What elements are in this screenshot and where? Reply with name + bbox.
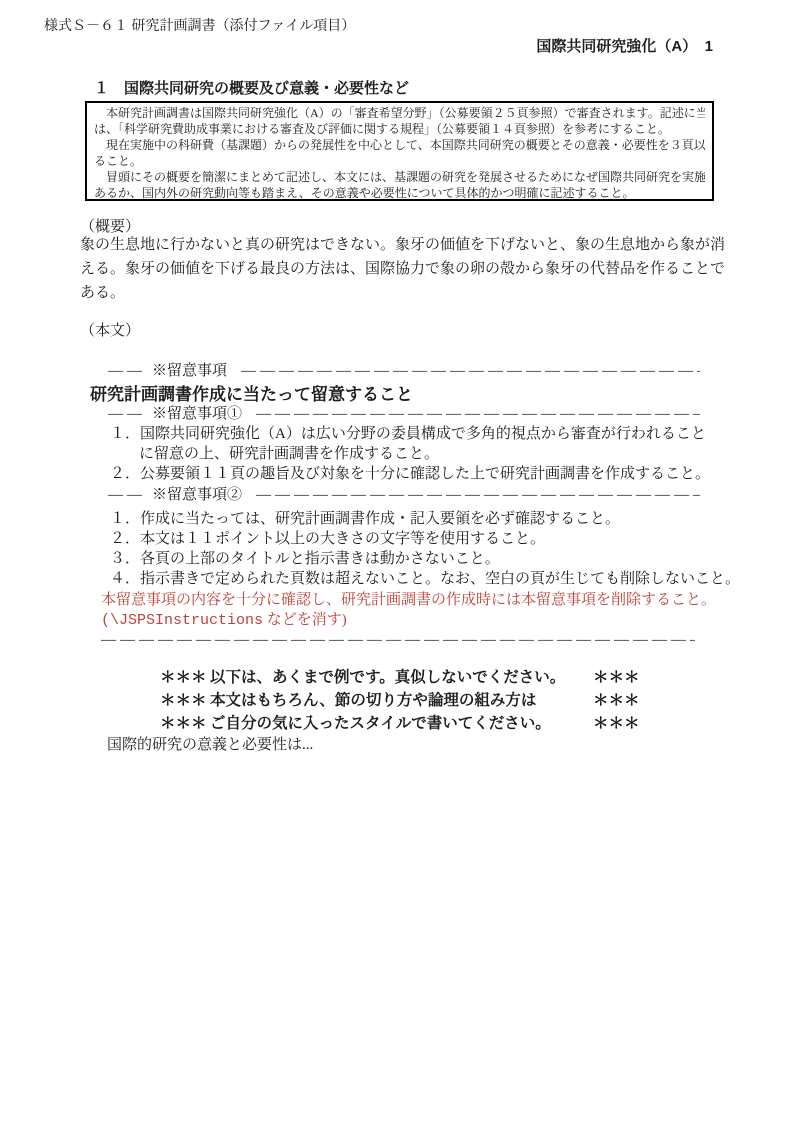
asterisk-marker: ＊＊＊	[160, 666, 210, 689]
asterisk-marker: ＊＊＊	[593, 712, 640, 735]
note1-divider-label: ※留意事項①	[152, 404, 242, 424]
divider-dashes: ――――――――――――――――――――――――――――――――――――――――…	[241, 361, 700, 381]
divider-dashes: ――	[108, 485, 152, 505]
delete-warning-command: (\JSPSInstructions などを消す)	[101, 610, 347, 631]
instruction-line: ること。	[94, 153, 705, 169]
divider-dashes: ――	[108, 404, 152, 424]
overview-paragraph: 象の生息地に行かないと真の研究はできない。象牙の価値を下げないと、象の生息地から…	[80, 233, 725, 305]
example-note-text: 以下は、あくまで例です。真似しないでください。	[210, 666, 593, 689]
example-note-text: 本文はもちろん、節の切り方や論理の組み方は	[210, 689, 593, 712]
latex-command-suffix: などを消す)	[263, 612, 347, 628]
latex-command-text: (\JSPSInstructions	[101, 612, 263, 629]
body-label: （本文）	[80, 319, 140, 340]
note1-item-1: １．国際共同研究強化（A）は広い分野の委員構成で多角的視点から審査が行われること	[110, 424, 706, 444]
instruction-line: 本研究計画調書は国際共同研究強化（A）の「審査希望分野」（公募要領２５頁参照）で…	[94, 105, 705, 121]
delete-warning-text: 本留意事項の内容を十分に確認し、研究計画調書の作成時には本留意事項を削除すること…	[101, 590, 716, 610]
note1-divider: ―― ※留意事項① ――――――――――――――――――――――――――――――…	[108, 404, 700, 424]
note-divider-label: ※留意事項	[152, 361, 227, 381]
document-page: 様式Ｓ－６１ 研究計画調書（添付ファイル項目） 国際共同研究強化（A） 1 １ …	[0, 0, 794, 1123]
instruction-box: 本研究計画調書は国際共同研究強化（A）の「審査希望分野」（公募要領２５頁参照）で…	[85, 101, 714, 201]
asterisk-marker: ＊＊＊	[593, 689, 640, 712]
divider-dashes: ――――――――――――――――――――――――――――――――――――――――…	[256, 404, 700, 424]
instruction-line: あるか、国内外の研究動向等も踏まえ、その意義や必要性について具体的かつ明確に記述…	[94, 185, 705, 201]
note2-item-2: ２．本文は１１ポイント以上の大きさの文字等を使用すること。	[110, 529, 545, 549]
instruction-line: は、「科学研究費助成事業における審査及び評価に関する規程」（公募要領１４頁参照）…	[94, 121, 705, 137]
note1-item-2: ２．公募要領１１頁の趣旨及び対象を十分に確認した上で研究計画調書を作成すること。	[110, 464, 710, 484]
body-opening-sentence: 国際的研究の意義と必要性は...	[107, 733, 313, 754]
overview-text-line: 象の生息地に行かないと真の研究はできない。象牙の価値を下げないと、象の生息地から…	[80, 233, 725, 257]
example-note-row: ＊＊＊ ご自分の気に入ったスタイルで書いてください。 ＊＊＊	[160, 712, 640, 735]
form-code-header: 様式Ｓ－６１ 研究計画調書（添付ファイル項目）	[44, 15, 355, 35]
asterisk-marker: ＊＊＊	[160, 712, 210, 735]
note2-item-3: ３．各頁の上部のタイトルと指示書きは動かさないこと。	[110, 549, 500, 569]
overview-text-line: える。象牙の価値を下げる最良の方法は、国際協力で象の卵の殻から象牙の代替品を作る…	[80, 257, 725, 281]
instruction-line: 冒頭にその概要を簡潔にまとめて記述し、本文には、基課題の研究を発展させるためにな…	[94, 169, 705, 185]
section-heading: １ 国際共同研究の概要及び意義・必要性など	[94, 77, 409, 98]
divider-dashes: ――――――――――――――――――――――――――――――――――――――――…	[256, 485, 700, 505]
notes-heading: 研究計画調書作成に当たって留意すること	[90, 380, 413, 405]
example-note-row: ＊＊＊ 本文はもちろん、節の切り方や論理の組み方は ＊＊＊	[160, 689, 640, 712]
note2-item-1: １．作成に当たっては、研究計画調書作成・記入要領を必ず確認すること。	[110, 509, 620, 529]
note1-item-1-continued: に留意の上、研究計画調書を作成すること。	[139, 444, 439, 464]
note2-divider-label: ※留意事項②	[152, 485, 242, 505]
note2-divider: ―― ※留意事項② ――――――――――――――――――――――――――――――…	[108, 485, 700, 505]
section-end-divider: ――――――――――――――――――――――――――――――――――――――――…	[101, 630, 695, 650]
example-note-row: ＊＊＊ 以下は、あくまで例です。真似しないでください。 ＊＊＊	[160, 666, 640, 689]
overview-text-line: ある。	[80, 281, 725, 305]
doc-title-page-number: 国際共同研究強化（A） 1	[536, 35, 713, 56]
divider-dashes: ――	[108, 361, 152, 381]
example-note-text: ご自分の気に入ったスタイルで書いてください。	[210, 712, 593, 735]
instruction-line: 現在実施中の科研費（基課題）からの発展性を中心として、本国際共同研究の概要とその…	[94, 137, 705, 153]
asterisk-marker: ＊＊＊	[160, 689, 210, 712]
note2-item-4: ４．指示書きで定められた頁数は超えないこと。なお、空白の頁が生じても削除しないこ…	[110, 569, 740, 589]
asterisk-marker: ＊＊＊	[593, 666, 640, 689]
note-divider: ―― ※留意事項 ―――――――――――――――――――――――――――――――…	[108, 361, 700, 381]
